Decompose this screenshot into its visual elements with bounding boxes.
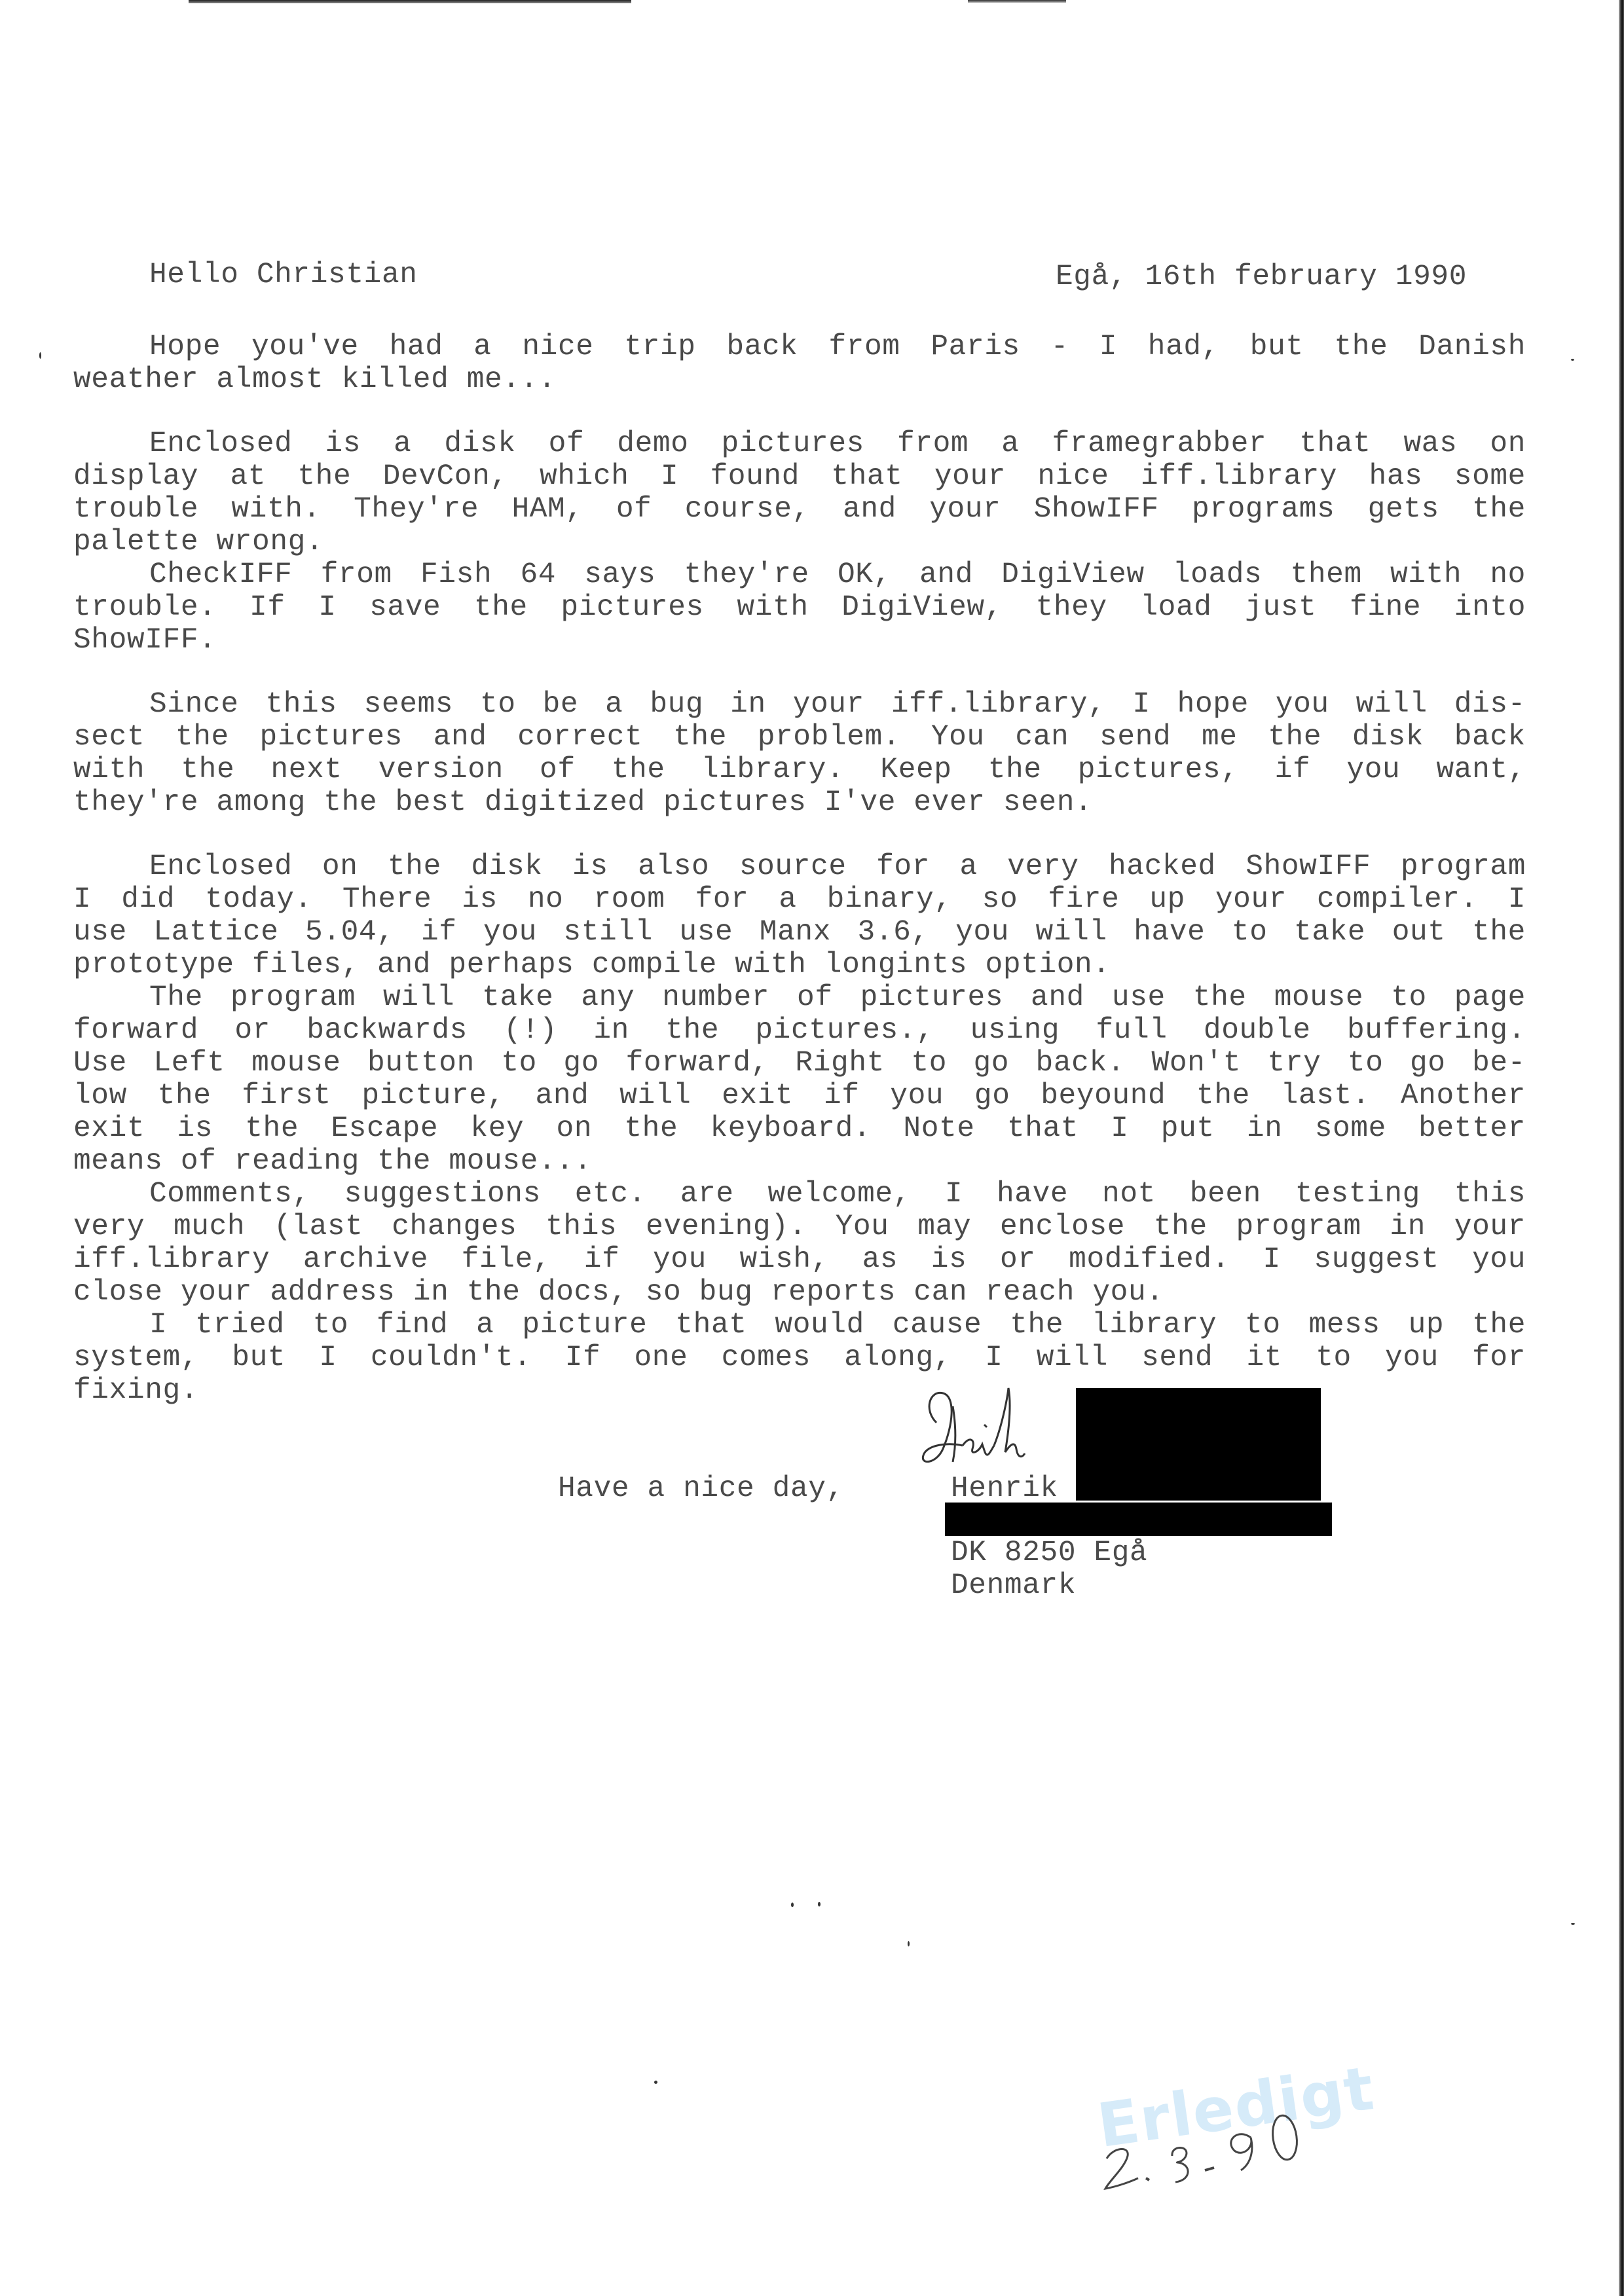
handwritten-date: 2.3.90	[1094, 2105, 1329, 2196]
scan-speck	[791, 1903, 794, 1907]
body-line: Enclosed is a disk of demo pictures from…	[149, 428, 1526, 460]
body-line: Since this seems to be a bug in your iff…	[149, 688, 1526, 721]
body-line: with the next version of the library. Ke…	[73, 754, 1526, 786]
body-line: Enclosed on the disk is also source for …	[149, 850, 1526, 883]
body-line: Use Left mouse button to go forward, Rig…	[73, 1047, 1526, 1080]
letter-page: Hello Christian Egå, 16th february 1990 …	[0, 0, 1624, 2296]
body-line: prototype files, and perhaps compile wit…	[73, 949, 1526, 981]
body-line: close your address in the docs, so bug r…	[73, 1276, 1526, 1309]
body-line: palette wrong.	[73, 526, 1526, 558]
body-line: they're among the best digitized picture…	[73, 786, 1526, 819]
body-line: weather almost killed me...	[73, 363, 1526, 396]
body-line: very much (last changes this evening). Y…	[73, 1211, 1526, 1243]
scan-speck	[818, 1902, 821, 1906]
signer-name: Henrik	[951, 1472, 1058, 1505]
body-line: Hope you've had a nice trip back from Pa…	[149, 331, 1526, 363]
body-line: iff.library archive file, if you wish, a…	[73, 1243, 1526, 1276]
body-line: exit is the Escape key on the keyboard. …	[73, 1112, 1526, 1145]
letter-date: Egå, 16th february 1990	[1056, 261, 1467, 293]
body-line: I did today. There is no room for a bina…	[73, 883, 1526, 916]
body-line: forward or backwards (!) in the pictures…	[73, 1014, 1526, 1047]
scan-speck	[1571, 1923, 1575, 1925]
body-line: sect the pictures and correct the proble…	[73, 721, 1526, 754]
handwritten-signature	[917, 1387, 1074, 1472]
scan-speck	[908, 1941, 910, 1946]
body-line: low the first picture, and will exit if …	[73, 1080, 1526, 1112]
body-line: system, but I couldn't. If one comes alo…	[73, 1341, 1526, 1374]
body-line: ShowIFF.	[73, 624, 1526, 657]
scan-speck	[39, 352, 41, 359]
body-line: The program will take any number of pict…	[149, 981, 1526, 1014]
body-line: CheckIFF from Fish 64 says they're OK, a…	[149, 558, 1526, 591]
body-line: I tried to find a picture that would cau…	[149, 1309, 1526, 1341]
body-line: means of reading the mouse...	[73, 1145, 1526, 1178]
scan-speck	[1571, 359, 1574, 361]
body-line: display at the DevCon, which I found tha…	[73, 460, 1526, 493]
body-line: trouble. If I save the pictures with Dig…	[73, 591, 1526, 624]
address-line-country: Denmark	[951, 1569, 1076, 1602]
scan-speck	[654, 2081, 657, 2084]
closing-line: Have a nice day,	[558, 1472, 844, 1505]
redaction-block-address	[945, 1503, 1332, 1536]
body-line: Comments, suggestions etc. are welcome, …	[149, 1178, 1526, 1211]
redaction-block-surname	[1076, 1388, 1321, 1501]
body-line: trouble with. They're HAM, of course, an…	[73, 493, 1526, 526]
address-line-postal: DK 8250 Egå	[951, 1537, 1147, 1569]
greeting: Hello Christian	[149, 259, 418, 291]
body-line: use Lattice 5.04, if you still use Manx …	[73, 916, 1526, 949]
